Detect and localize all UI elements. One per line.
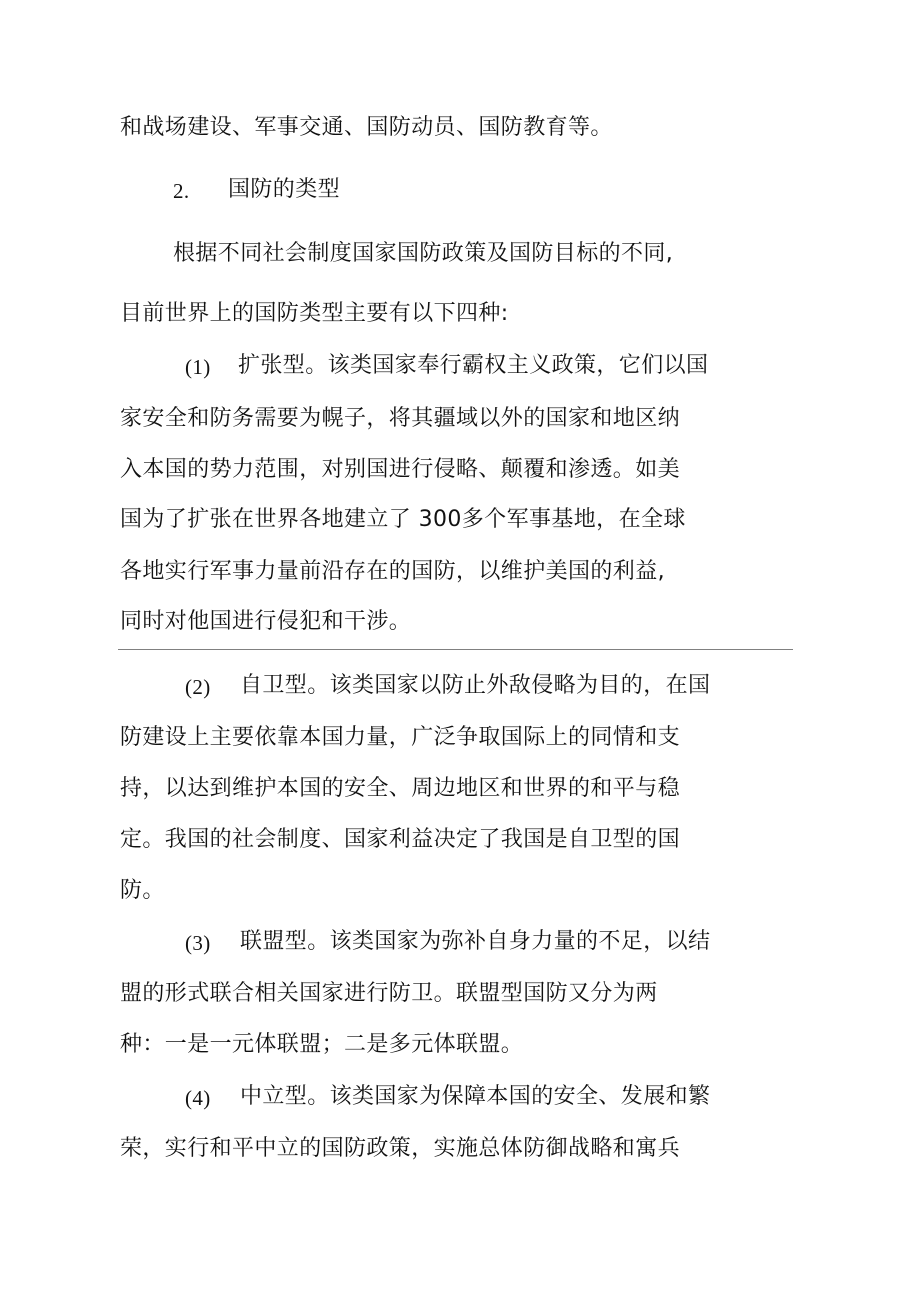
- item-line: 持，以达到维护本国的安全、周边地区和世界的和平与稳: [120, 775, 680, 803]
- section-number: 2.: [173, 177, 190, 205]
- intro-tail-text: 和战场建设、军事交通、国防动员、国防教育等。: [120, 114, 613, 142]
- item-line: 自卫型。该类国家以防止外敌侵略为目的，在国: [240, 672, 710, 700]
- item-marker: (3): [185, 929, 211, 957]
- section-title: 国防的类型: [228, 176, 340, 204]
- item-line: 盟的形式联合相关国家进行防卫。联盟型国防又分为两: [120, 980, 658, 1008]
- item-line: 荣，实行和平中立的国防政策，实施总体防御战略和寓兵: [120, 1135, 680, 1163]
- item-line: 防建设上主要依靠本国力量，广泛争取国际上的同情和支: [120, 724, 680, 752]
- item-line: 各地实行军事力量前沿存在的国防，以维护美国的利益,: [120, 558, 665, 586]
- item-marker: (2): [185, 673, 211, 701]
- item-line: 国为了扩张在世界各地建立了 300多个军事基地，在全球: [120, 506, 686, 534]
- item-line: 家安全和防务需要为幌子，将其疆域以外的国家和地区纳: [120, 405, 680, 433]
- item-line: 防。: [120, 877, 165, 905]
- item-line: 中立型。该类国家为保障本国的安全、发展和繁: [240, 1083, 710, 1111]
- item-line: 同时对他国进行侵犯和干涉。: [120, 608, 411, 636]
- item-line: 定。我国的社会制度、国家利益决定了我国是自卫型的国: [120, 826, 680, 854]
- item-line: 联盟型。该类国家为弥补自身力量的不足，以结: [240, 928, 710, 956]
- item-line: 扩张型。该类国家奉行霸权主义政策，它们以国: [238, 352, 708, 380]
- lead-text-line-2: 目前世界上的国防类型主要有以下四种:: [120, 300, 509, 328]
- item-line: 种：一是一元体联盟；二是多元体联盟。: [120, 1031, 523, 1059]
- item-line: 入本国的势力范围，对别国进行侵略、颠覆和渗透。如美: [120, 456, 680, 484]
- lead-text-line-1: 根据不同社会制度国家国防政策及国防目标的不同,: [173, 240, 673, 268]
- item-marker: (1): [185, 353, 211, 381]
- item-marker: (4): [185, 1084, 211, 1112]
- page-divider: [118, 649, 793, 650]
